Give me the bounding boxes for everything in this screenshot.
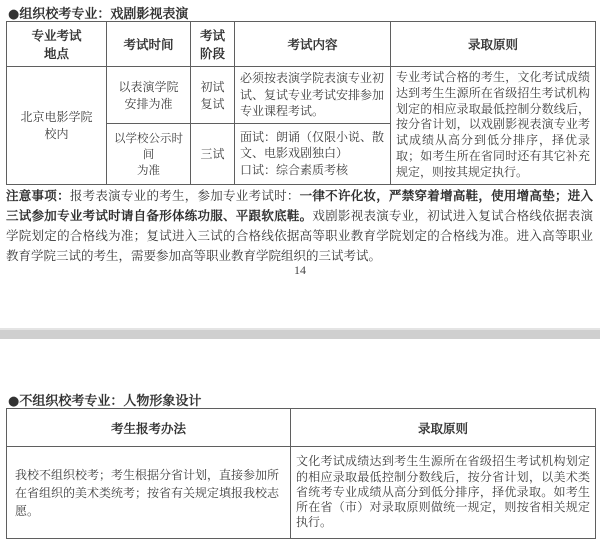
column-header-application-method: 考生报考办法: [7, 409, 291, 447]
page-divider: [0, 328, 600, 339]
section-title-drama-performance: ●组织校考专业：戏剧影视表演: [8, 3, 188, 22]
table-row: 北京电影学院 校内 以表演学院 安排为准 初试 复试 必须按表演学院表演专业初试…: [7, 67, 596, 124]
notes-paragraph: 注意事项：报考表演专业的考生，参加专业考试时：一律不许化妆，严禁穿着增高鞋，使用…: [6, 186, 593, 266]
exam-table: 专业考试 地点 考试时间 考试 阶段 考试内容 录取原则 北京电影学院 校内 以…: [6, 21, 596, 185]
column-header-admission-policy: 录取原则: [391, 22, 596, 67]
column-header-admission-policy-2: 录取原则: [291, 409, 596, 447]
admission-policy-cell: 专业考试合格的考生，文化考试成绩达到考生生源所在省级招生考试机构划定的相应录取最…: [391, 67, 596, 185]
exam-content-cell-round3: 面试：朗诵（仅限小说、散文、电影戏剧独白） 口试：综合素质考核: [235, 123, 391, 184]
exam-table-header-row: 专业考试 地点 考试时间 考试 阶段 考试内容 录取原则: [7, 22, 596, 67]
application-table: 考生报考办法 录取原则 我校不组织校考；考生根据分省计划，直接参加所在省组织的美…: [6, 408, 596, 539]
application-method-cell: 我校不组织校考；考生根据分省计划，直接参加所在省组织的美术类统考；按省有关规定填…: [7, 447, 291, 539]
exam-time-cell-round3: 以学校公示时间 为准: [107, 123, 191, 184]
exam-stage-cell-round3: 三试: [191, 123, 235, 184]
column-header-exam-content: 考试内容: [235, 22, 391, 67]
exam-location-cell: 北京电影学院 校内: [7, 67, 107, 185]
column-header-exam-location: 专业考试 地点: [7, 22, 107, 67]
section-title-character-image-design: ●不组织校考专业：人物形象设计: [8, 390, 201, 409]
notes-label: 注意事项：: [6, 188, 70, 203]
application-table-header-row: 考生报考办法 录取原则: [7, 409, 596, 447]
admission-policy-cell-2: 文化考试成绩达到考生生源所在省级招生考试机构划定的相应录取最低控制分数线后，按分…: [291, 447, 596, 539]
exam-stage-cell-round1: 初试 复试: [191, 67, 235, 124]
page-number: 14: [0, 263, 600, 278]
table-row: 我校不组织校考；考生根据分省计划，直接参加所在省组织的美术类统考；按省有关规定填…: [7, 447, 596, 539]
column-header-exam-stage: 考试 阶段: [191, 22, 235, 67]
exam-content-cell-round1: 必须按表演学院表演专业初试、复试专业考试安排参加专业课程考试。: [235, 67, 391, 124]
column-header-exam-time: 考试时间: [107, 22, 191, 67]
exam-time-cell-round1: 以表演学院 安排为准: [107, 67, 191, 124]
notes-intro: 报考表演专业的考生，参加专业考试时：: [70, 188, 300, 203]
